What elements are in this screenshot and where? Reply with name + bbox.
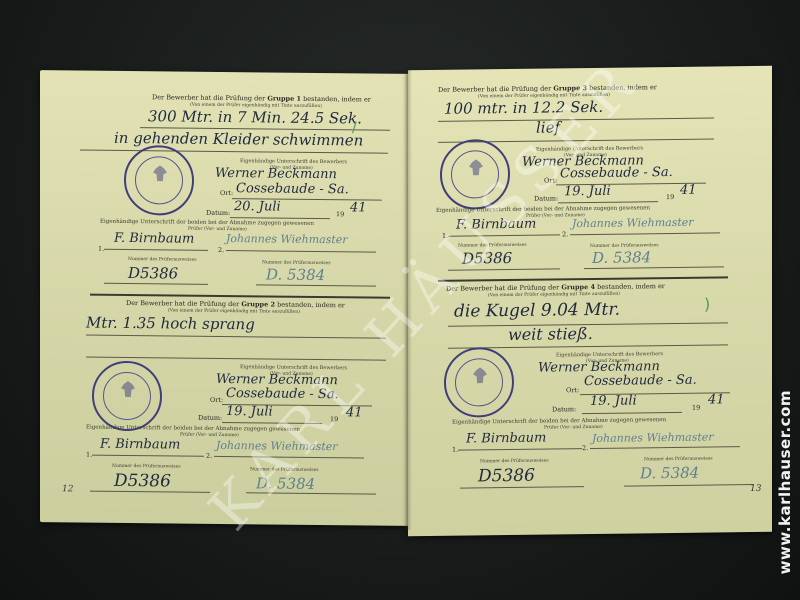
gruppe-2-year-prefix: 19 bbox=[330, 415, 338, 423]
gruppe-4-heading: Der Bewerber hat die Prüfung der Gruppe … bbox=[446, 282, 665, 293]
gruppe-3-place: Cossebaude - Sa. bbox=[560, 165, 673, 181]
gruppe-3-achievement-line-2: lief bbox=[536, 118, 560, 136]
gruppe-2-place-label: Ort: bbox=[210, 396, 223, 404]
gruppe-2-date-label: Datum: bbox=[198, 414, 222, 422]
gruppe-2-id2-label: Nummer des Prüferausweises bbox=[250, 467, 319, 473]
gruppe-4-subheading: (Von einem der Prüfer eigenhändig mit Ti… bbox=[488, 292, 620, 299]
gruppe-2-id2: D. 5384 bbox=[256, 474, 315, 493]
gruppe-2-id1: D5386 bbox=[114, 471, 171, 492]
gruppe-1-heading: Der Bewerber hat die Prüfung der Gruppe … bbox=[152, 93, 371, 103]
gruppe-1-applicant-signature: Werner Beckmann bbox=[215, 166, 337, 182]
section-divider bbox=[90, 294, 390, 299]
gruppe-1-examiner-1-signature: F. Birnbaum bbox=[114, 231, 194, 247]
gruppe-1-achievement-line-1: 300 Mtr. in 7 Min. 24.5 Sek. bbox=[148, 107, 362, 127]
gruppe-4-year: 41 bbox=[708, 392, 725, 407]
gruppe-3-applicant-sig-label: Eigenhändige Unterschrift des Bewerbers bbox=[536, 145, 643, 152]
gruppe-2-heading: Der Bewerber hat die Prüfung der Gruppe … bbox=[126, 299, 345, 309]
page-number-left: 12 bbox=[62, 484, 73, 494]
gruppe-3-id2: D. 5384 bbox=[592, 248, 651, 267]
gruppe-3-id1: D5386 bbox=[462, 249, 512, 268]
gruppe-4-examiner-2-signature: Johannes Wiehmaster bbox=[592, 430, 714, 444]
gruppe-2-examiners-sub: Prüfer (Vor- und Zuname) bbox=[180, 433, 239, 439]
left-page: Der Bewerber hat die Prüfung der Gruppe … bbox=[40, 70, 408, 526]
gruppe-1-year: 41 bbox=[350, 200, 367, 215]
gruppe-2-achievement-line-1: Mtr. 1.35 hoch sprang bbox=[86, 314, 255, 334]
gruppe-4-date: 19. Juli bbox=[590, 393, 637, 409]
official-stamp bbox=[124, 145, 194, 216]
gruppe-3-date: 19. Juli bbox=[564, 184, 611, 200]
official-stamp bbox=[444, 347, 514, 418]
gruppe-2-applicant-sig-label: Eigenhändige Unterschrift des Bewerbers bbox=[240, 364, 347, 371]
gruppe-2-place: Cossebaude - Sa. bbox=[226, 386, 339, 402]
site-watermark: www.karlhauser.com bbox=[776, 390, 794, 574]
gruppe-3-heading: Der Bewerber hat die Prüfung der Gruppe … bbox=[438, 83, 657, 94]
gruppe-4-place: Cossebaude - Sa. bbox=[584, 373, 697, 389]
gruppe-4-examiners-sub: Prüfer (Vor- und Zuname) bbox=[544, 425, 603, 431]
gruppe-4-achievement-line-1: die Kugel 9.04 Mtr. bbox=[454, 300, 620, 322]
gruppe-4-achievement-line-2: weit stieß. bbox=[508, 324, 593, 344]
gruppe-3-examiner-1-signature: F. Birnbaum bbox=[456, 217, 536, 233]
gruppe-1-id1-label: Nummer des Prüferausweises bbox=[128, 257, 197, 263]
gruppe-3-achievement-line-1: 100 mtr. in 12.2 Sek. bbox=[444, 98, 603, 118]
gruppe-3-examiner-2-number: 2. bbox=[562, 230, 568, 238]
page-number-right: 13 bbox=[750, 484, 761, 494]
gruppe-2-id1-label: Nummer des Prüferausweises bbox=[112, 464, 181, 470]
gruppe-2-date: 19. Juli bbox=[226, 404, 273, 419]
gruppe-4-place-label: Ort: bbox=[566, 386, 579, 394]
gruppe-4-year-prefix: 19 bbox=[692, 404, 700, 412]
gruppe-4-examiner-2-number: 2. bbox=[582, 444, 588, 452]
gruppe-3-place-label: Ort: bbox=[544, 176, 557, 184]
gruppe-1-id2: D. 5384 bbox=[266, 265, 325, 284]
gruppe-1-year-prefix: 19 bbox=[336, 210, 344, 218]
right-page: Der Bewerber hat die Prüfung der Gruppe … bbox=[408, 66, 772, 536]
gruppe-1-examiners-label: Eigenhändige Unterschrift der beiden bei… bbox=[100, 219, 314, 227]
check-mark-icon: / bbox=[352, 120, 357, 136]
official-stamp bbox=[92, 361, 162, 432]
gruppe-2-examiners-label: Eigenhändige Unterschrift der beiden bei… bbox=[86, 425, 300, 433]
gruppe-4-id2: D. 5384 bbox=[640, 464, 699, 483]
gruppe-1-examiner-2-number: 2. bbox=[218, 246, 224, 254]
gruppe-1-examiner-2-signature: Johannes Wiehmaster bbox=[226, 232, 348, 246]
gruppe-2-examiner-2-signature: Johannes Wiehmaster bbox=[216, 439, 338, 453]
gruppe-1-place-label: Ort: bbox=[220, 189, 233, 197]
gruppe-2-examiner-2-number: 2. bbox=[206, 452, 212, 460]
gruppe-4-id1: D5386 bbox=[478, 466, 535, 487]
gruppe-3-date-label: Datum: bbox=[534, 194, 558, 202]
book-gutter bbox=[404, 70, 412, 530]
gruppe-1-id1: D5386 bbox=[128, 264, 178, 283]
gruppe-2-year: 41 bbox=[346, 405, 363, 420]
gruppe-1-date: 20. Juli bbox=[234, 199, 281, 214]
gruppe-1-place: Cossebaude - Sa. bbox=[236, 181, 349, 197]
gruppe-1-applicant-sig-label: Eigenhändige Unterschrift des Bewerbers bbox=[240, 158, 347, 165]
section-divider bbox=[438, 276, 728, 282]
gruppe-4-examiner-1-signature: F. Birnbaum bbox=[466, 431, 546, 447]
gruppe-4-applicant-sig-label: Eigenhändige Unterschrift des Bewerbers bbox=[556, 351, 663, 358]
gruppe-4-id1-label: Nummer des Prüferausweises bbox=[480, 459, 549, 465]
official-stamp bbox=[440, 139, 510, 210]
gruppe-3-examiner-2-signature: Johannes Wiehmaster bbox=[572, 216, 694, 230]
gruppe-1-date-label: Datum: bbox=[206, 209, 230, 217]
gruppe-2-examiner-1-signature: F. Birnbaum bbox=[100, 437, 180, 453]
check-mark-icon: ) bbox=[704, 295, 710, 314]
gruppe-3-year-prefix: 19 bbox=[666, 193, 674, 201]
gruppe-3-id1-label: Nummer des Prüferausweises bbox=[458, 243, 527, 249]
gruppe-4-date-label: Datum: bbox=[552, 405, 576, 413]
gruppe-4-id2-label: Nummer des Prüferausweises bbox=[644, 457, 713, 463]
gruppe-3-year: 41 bbox=[680, 183, 697, 198]
